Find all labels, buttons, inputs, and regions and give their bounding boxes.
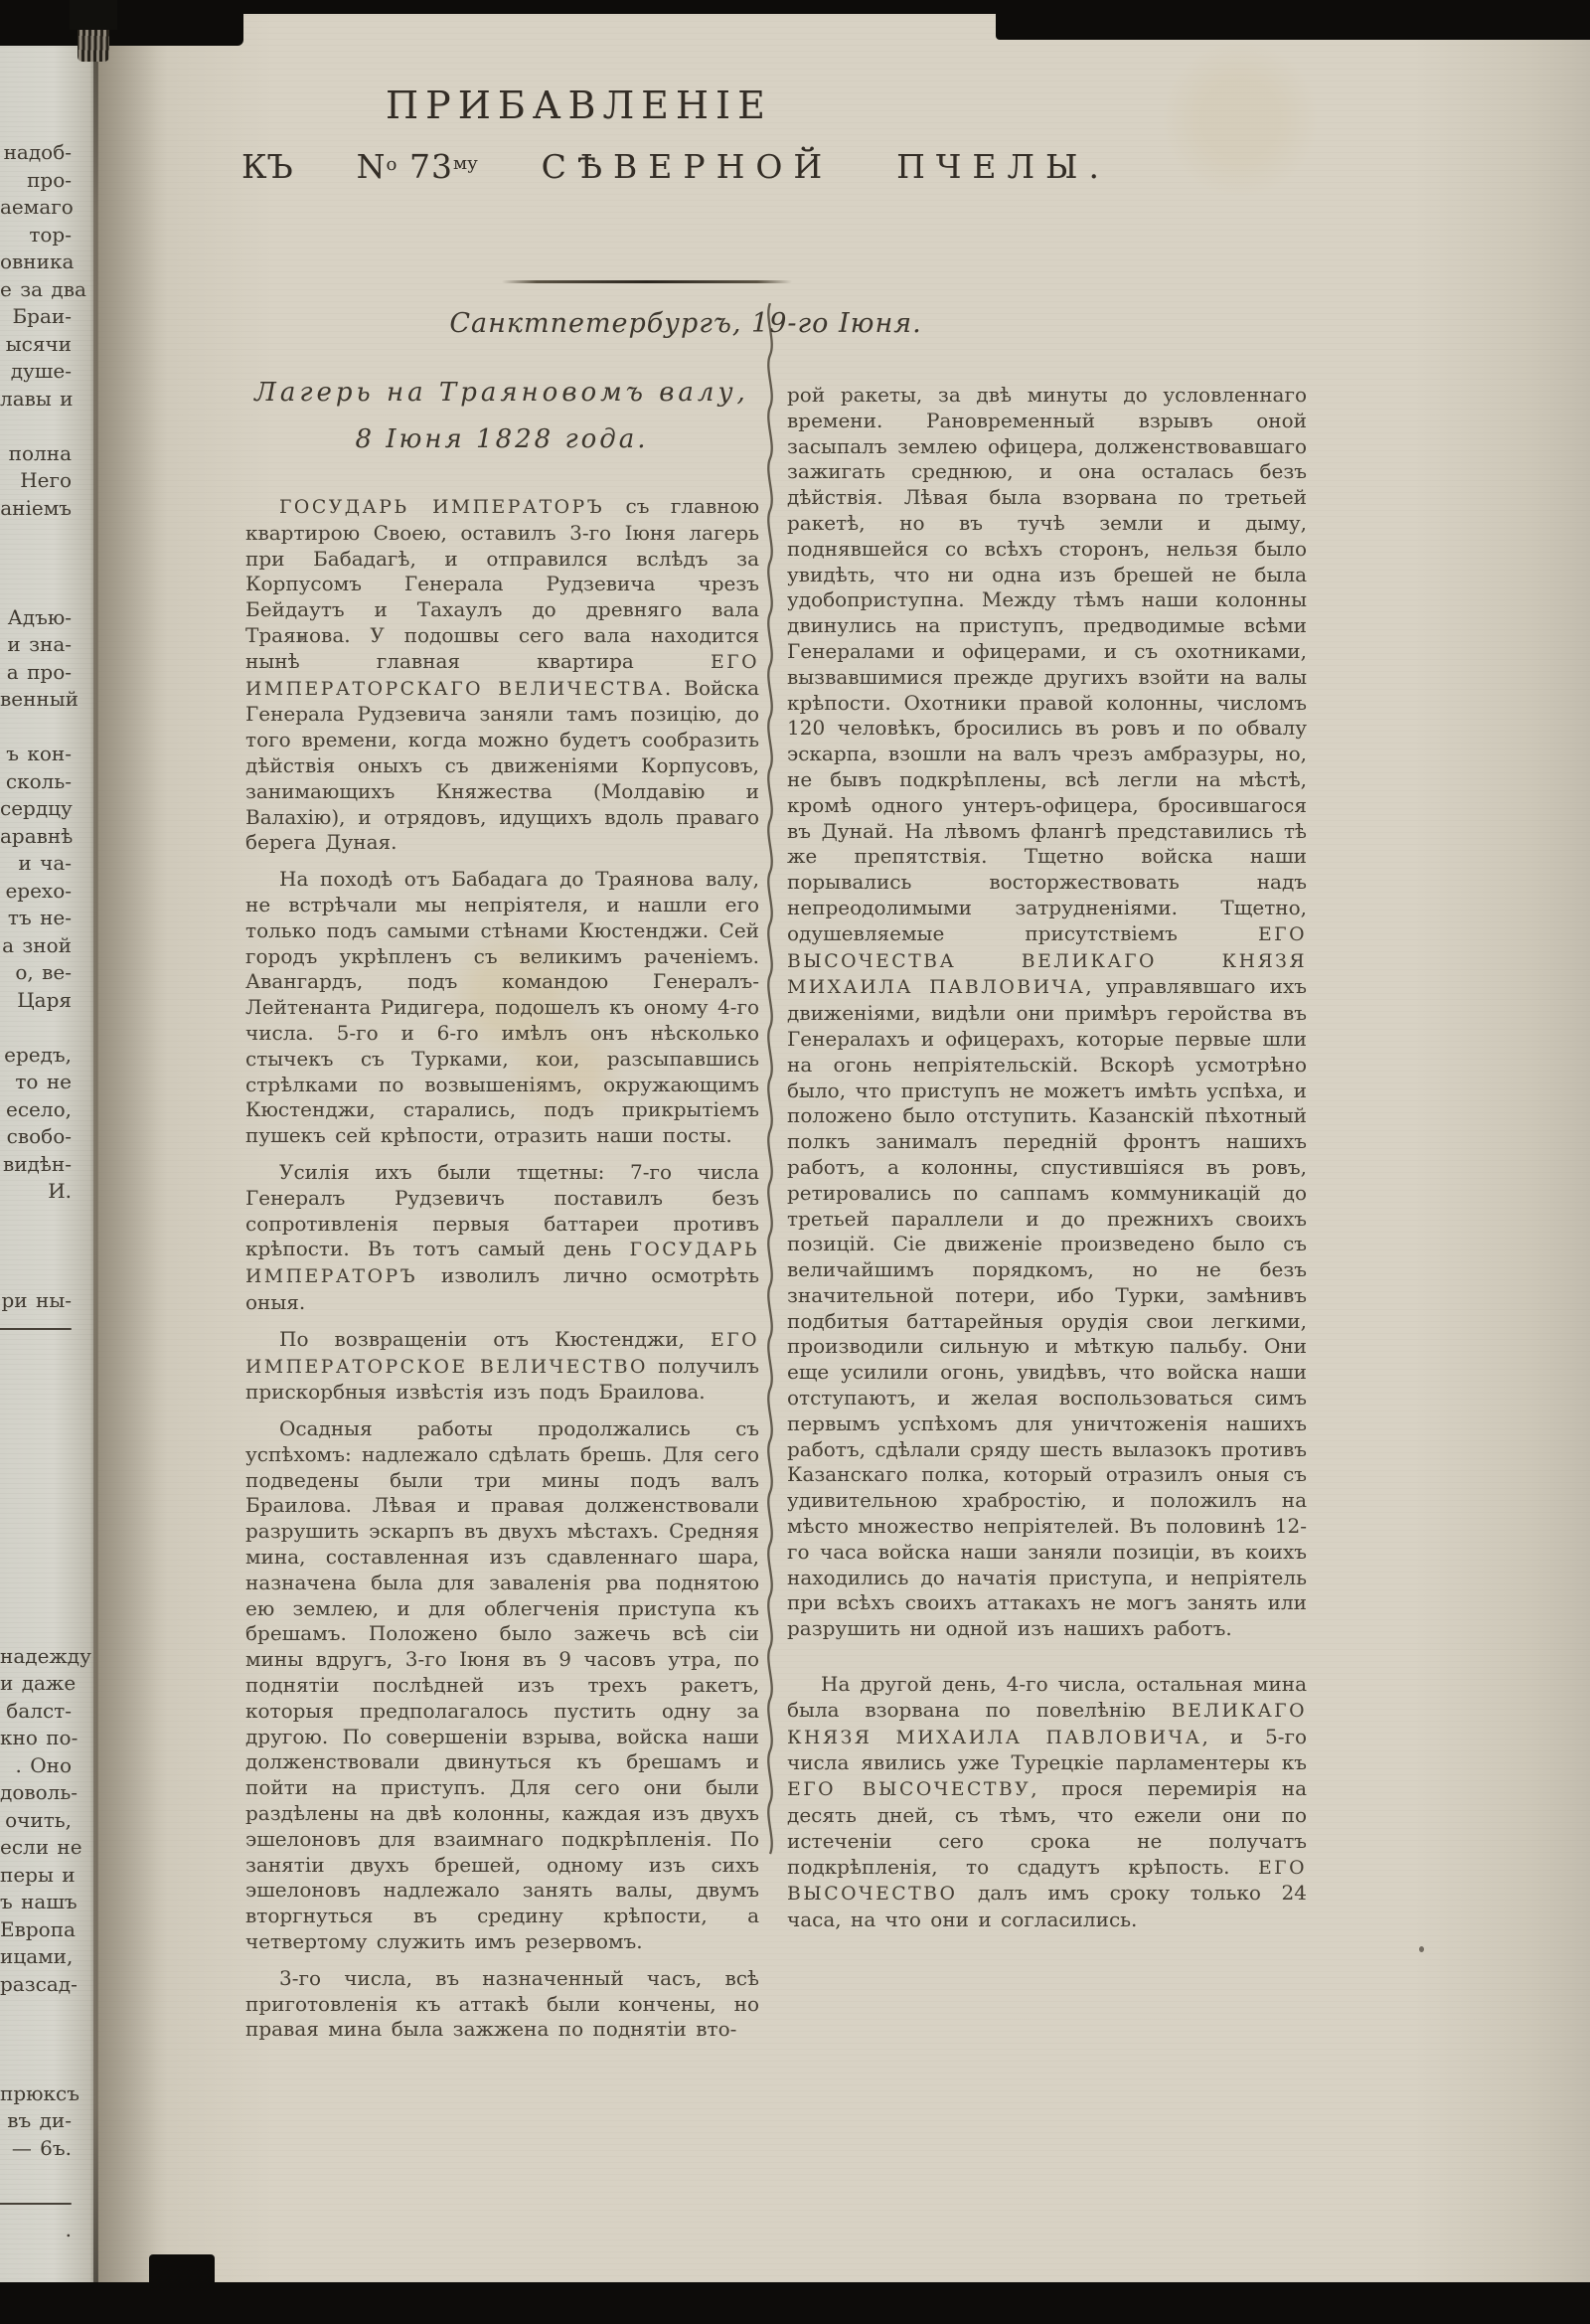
adjacent-page-text-fragment: а про-	[0, 659, 72, 687]
scan-edge-top-left	[0, 0, 243, 46]
adjacent-page-text-fragment	[0, 1233, 72, 1260]
adjacent-page-text-fragment	[0, 1615, 72, 1643]
adjacent-page-text-fragment	[0, 714, 72, 742]
adjacent-page-text-fragment: — 6ъ.	[0, 2135, 72, 2163]
text-segment: , управлявшаго ихъ движеніями, видѣли он…	[787, 974, 1307, 1640]
scan-edge-top-right	[996, 0, 1590, 40]
text-segment: рой ракеты, за двѣ минуты до условленнаг…	[787, 383, 1307, 945]
gutter-shadow	[98, 0, 168, 2324]
adjacent-page-text-fragment	[0, 1506, 72, 1534]
adjacent-page-text-fragment: Адъю-	[0, 604, 72, 632]
adjacent-page-text-fragment	[0, 2053, 72, 2080]
adjacent-page-text-fragment: ерехо-	[0, 878, 72, 906]
adjacent-page-text-fragment: балст-	[0, 1698, 72, 1726]
adjacent-page-text-fragment: доволь-	[0, 1779, 72, 1807]
adjacent-page-text-fragment: то не	[0, 1069, 72, 1096]
adjacent-page-text-fragment: Царя	[0, 987, 72, 1015]
adjacent-page-text-fragment: кно по-	[0, 1725, 72, 1752]
adjacent-page-text-fragment: ицами,	[0, 1943, 72, 1971]
text-segment: 3-го числа, въ назначенный часъ, всѣ при…	[245, 1966, 759, 2042]
masthead-title: ПРИБАВЛЕНІЕ	[386, 83, 982, 127]
adjacent-page-text-fragment: .	[0, 2217, 72, 2244]
masthead-subtitle: КЪ No 73му СѢВЕРНОЙ ПЧЕЛЫ.	[241, 147, 1110, 186]
adjacent-page-text-fragment: и ча-	[0, 850, 72, 878]
adjacent-page-text-fragment: есело,	[0, 1096, 72, 1124]
article-heading-line2: 8 Іюня 1828 года.	[244, 424, 759, 454]
adjacent-page-text-fragment: свобо-	[0, 1123, 72, 1151]
paragraph: рой ракеты, за двѣ минуты до условленнаг…	[787, 383, 1307, 1642]
separator-rule	[0, 1328, 72, 1330]
adjacent-page-text-fragment: тор-	[0, 222, 72, 249]
adjacent-page-text-fragment	[0, 1370, 72, 1398]
masthead-rule	[502, 280, 792, 283]
adjacent-page-text-fragment: венный	[0, 686, 72, 714]
adjacent-page-text-fragment: ередъ,	[0, 1042, 72, 1070]
adjacent-page-text-fragment: въ ди-	[0, 2107, 72, 2135]
adjacent-page-text-fragment	[0, 1424, 72, 1452]
article-column-left: ГОСУДАРЬ ИМПЕРАТОРЪ съ главною квартирою…	[245, 494, 759, 2043]
adjacent-page-text-fragment: сколь-	[0, 768, 72, 796]
text-segment: На походѣ отъ Бабадага до Траянова валу,…	[245, 867, 759, 1147]
scanned-newspaper-page: надоб-про-аемаготор-овникае за дваБраи-ы…	[0, 0, 1590, 2324]
adjacent-page-text-fragment: И.	[0, 1178, 72, 1206]
adjacent-page-text-fragment: прюксъ	[0, 2080, 72, 2108]
text-segment: съ главною квартирою Своею, оставилъ 3-г…	[245, 494, 759, 673]
adjacent-page-text-fragment: и зна-	[0, 631, 72, 659]
adjacent-page-text-fragment: лавы и	[0, 386, 72, 414]
adjacent-page-text-fragment	[0, 1588, 72, 1616]
adjacent-page-text-fragment: надоб-	[0, 139, 72, 167]
adjacent-page-text-fragment	[0, 1260, 72, 1288]
adjacent-page-text-fragment: если не	[0, 1834, 72, 1862]
article-heading-line1: Лагерь на Траяновомъ валу,	[254, 378, 749, 408]
adjacent-page-text-fragment: тъ не-	[0, 905, 72, 932]
paragraph: По возвращеніи отъ Кюстенджи, ЕГО ИМПЕРА…	[245, 1327, 759, 1406]
adjacent-page-text-fragment	[0, 1206, 72, 1234]
paragraph: ГОСУДАРЬ ИМПЕРАТОРЪ съ главною квартирою…	[245, 494, 759, 856]
adjacent-page-text-fragment: душе-	[0, 358, 72, 386]
adjacent-page-text-fragment: ъ кон-	[0, 741, 72, 768]
paragraph: Осадныя работы продолжались съ успѣхомъ:…	[245, 1416, 759, 1955]
adjacent-page-text-fragment	[0, 2026, 72, 2054]
text-segment: По возвращеніи отъ Кюстенджи,	[279, 1327, 711, 1351]
adjacent-page-text-fragment: сердцу	[0, 795, 72, 823]
article-column-right: рой ракеты, за двѣ минуты до условленнаг…	[787, 383, 1307, 1933]
adjacent-page-text-fragment: про-	[0, 167, 72, 195]
article-heading: Лагерь на Траяновомъ валу, 8 Іюня 1828 г…	[244, 378, 759, 454]
adjacent-page-text-fragment: овника	[0, 249, 72, 276]
adjacent-page-text-fragment: аемаго	[0, 194, 72, 222]
text-segment: Осадныя работы продолжались съ успѣхомъ:…	[245, 1416, 759, 1953]
adjacent-page-text-fragment: ри ны-	[0, 1287, 72, 1315]
adjacent-page-text-fragment	[0, 1534, 72, 1562]
adjacent-page-text-fragment: очить,	[0, 1807, 72, 1835]
masthead-subtitle-word2: ПЧЕЛЫ.	[896, 147, 1110, 186]
adjacent-page-text-fragment	[0, 1014, 72, 1042]
adjacent-page-text-fragment: Браи-	[0, 303, 72, 331]
adjacent-page-text-fragment: Него	[0, 467, 72, 495]
adjacent-page-text-fragment: е за два	[0, 276, 72, 304]
scan-edge-bottom-tab	[149, 2254, 215, 2288]
spaced-caps-name: ЕГО ВЫСОЧЕСТВУ	[787, 1779, 1031, 1800]
adjacent-page-text-fragment	[0, 1451, 72, 1479]
adjacent-page-text-fragment	[0, 550, 72, 578]
adjacent-page-text-fragment: аніемъ	[0, 495, 72, 523]
adjacent-page-text-fragment: видѣн-	[0, 1151, 72, 1179]
adjacent-page-text-fragment: ъ нашъ	[0, 1889, 72, 1916]
paragraph: 3-го числа, въ назначенный часъ, всѣ при…	[245, 1966, 759, 2043]
paragraph: На походѣ отъ Бабадага до Траянова валу,…	[245, 867, 759, 1149]
adjacent-page-text-fragment: Европа	[0, 1916, 72, 1944]
issue-number: No 73му	[357, 147, 478, 186]
spaced-caps-name: ГОСУДАРЬ ИМПЕРАТОРЪ	[279, 497, 604, 518]
adjacent-page-text-fragment: полна	[0, 440, 72, 468]
adjacent-page-text-fragment: . Оно	[0, 1752, 72, 1780]
adjacent-page-text-fragment: аравнѣ	[0, 823, 72, 851]
ink-speck	[1419, 1946, 1424, 1952]
column-divider-squiggle	[761, 303, 779, 1886]
adjacent-page-text-fragment	[0, 2162, 72, 2190]
adjacent-page-text-fragment: а зной	[0, 932, 72, 960]
adjacent-page-fragments: надоб-про-аемаготор-овникае за дваБраи-ы…	[0, 139, 72, 2244]
paragraph: На другой день, 4-го числа, остальная ми…	[787, 1672, 1307, 1933]
adjacent-page-text-fragment	[0, 1342, 72, 1370]
adjacent-page-text-fragment	[0, 577, 72, 604]
adjacent-page-text-fragment: и даже	[0, 1670, 72, 1698]
adjacent-page-text-fragment: разсад-	[0, 1971, 72, 1999]
adjacent-page-text-fragment	[0, 413, 72, 440]
adjacent-page-text-fragment	[0, 1998, 72, 2026]
scan-edge-bottom	[0, 2282, 1590, 2324]
masthead-subtitle-word1: СѢВЕРНОЙ	[542, 147, 834, 186]
text-segment: . Войска Генерала Рудзевича заняли тамъ …	[245, 676, 759, 855]
adjacent-page-text-fragment	[0, 522, 72, 550]
bookmark-ribbon-cap	[70, 0, 117, 30]
adjacent-page-text-fragment	[0, 1479, 72, 1507]
masthead-subtitle-prefix: КЪ	[241, 147, 293, 186]
adjacent-page-text-fragment: перы и	[0, 1862, 72, 1890]
dateline: Санктпетербургъ, 19-го Іюня.	[378, 308, 994, 339]
separator-rule	[0, 2203, 72, 2205]
paragraph: Усилія ихъ были тщетны: 7-го числа Генер…	[245, 1160, 759, 1316]
adjacent-page-text-fragment: ысячи	[0, 331, 72, 359]
adjacent-page-text-fragment	[0, 1561, 72, 1588]
adjacent-page-text-fragment	[0, 1397, 72, 1424]
adjacent-page-text-fragment: о, ве-	[0, 959, 72, 987]
adjacent-page-text-fragment: надежду	[0, 1643, 72, 1671]
